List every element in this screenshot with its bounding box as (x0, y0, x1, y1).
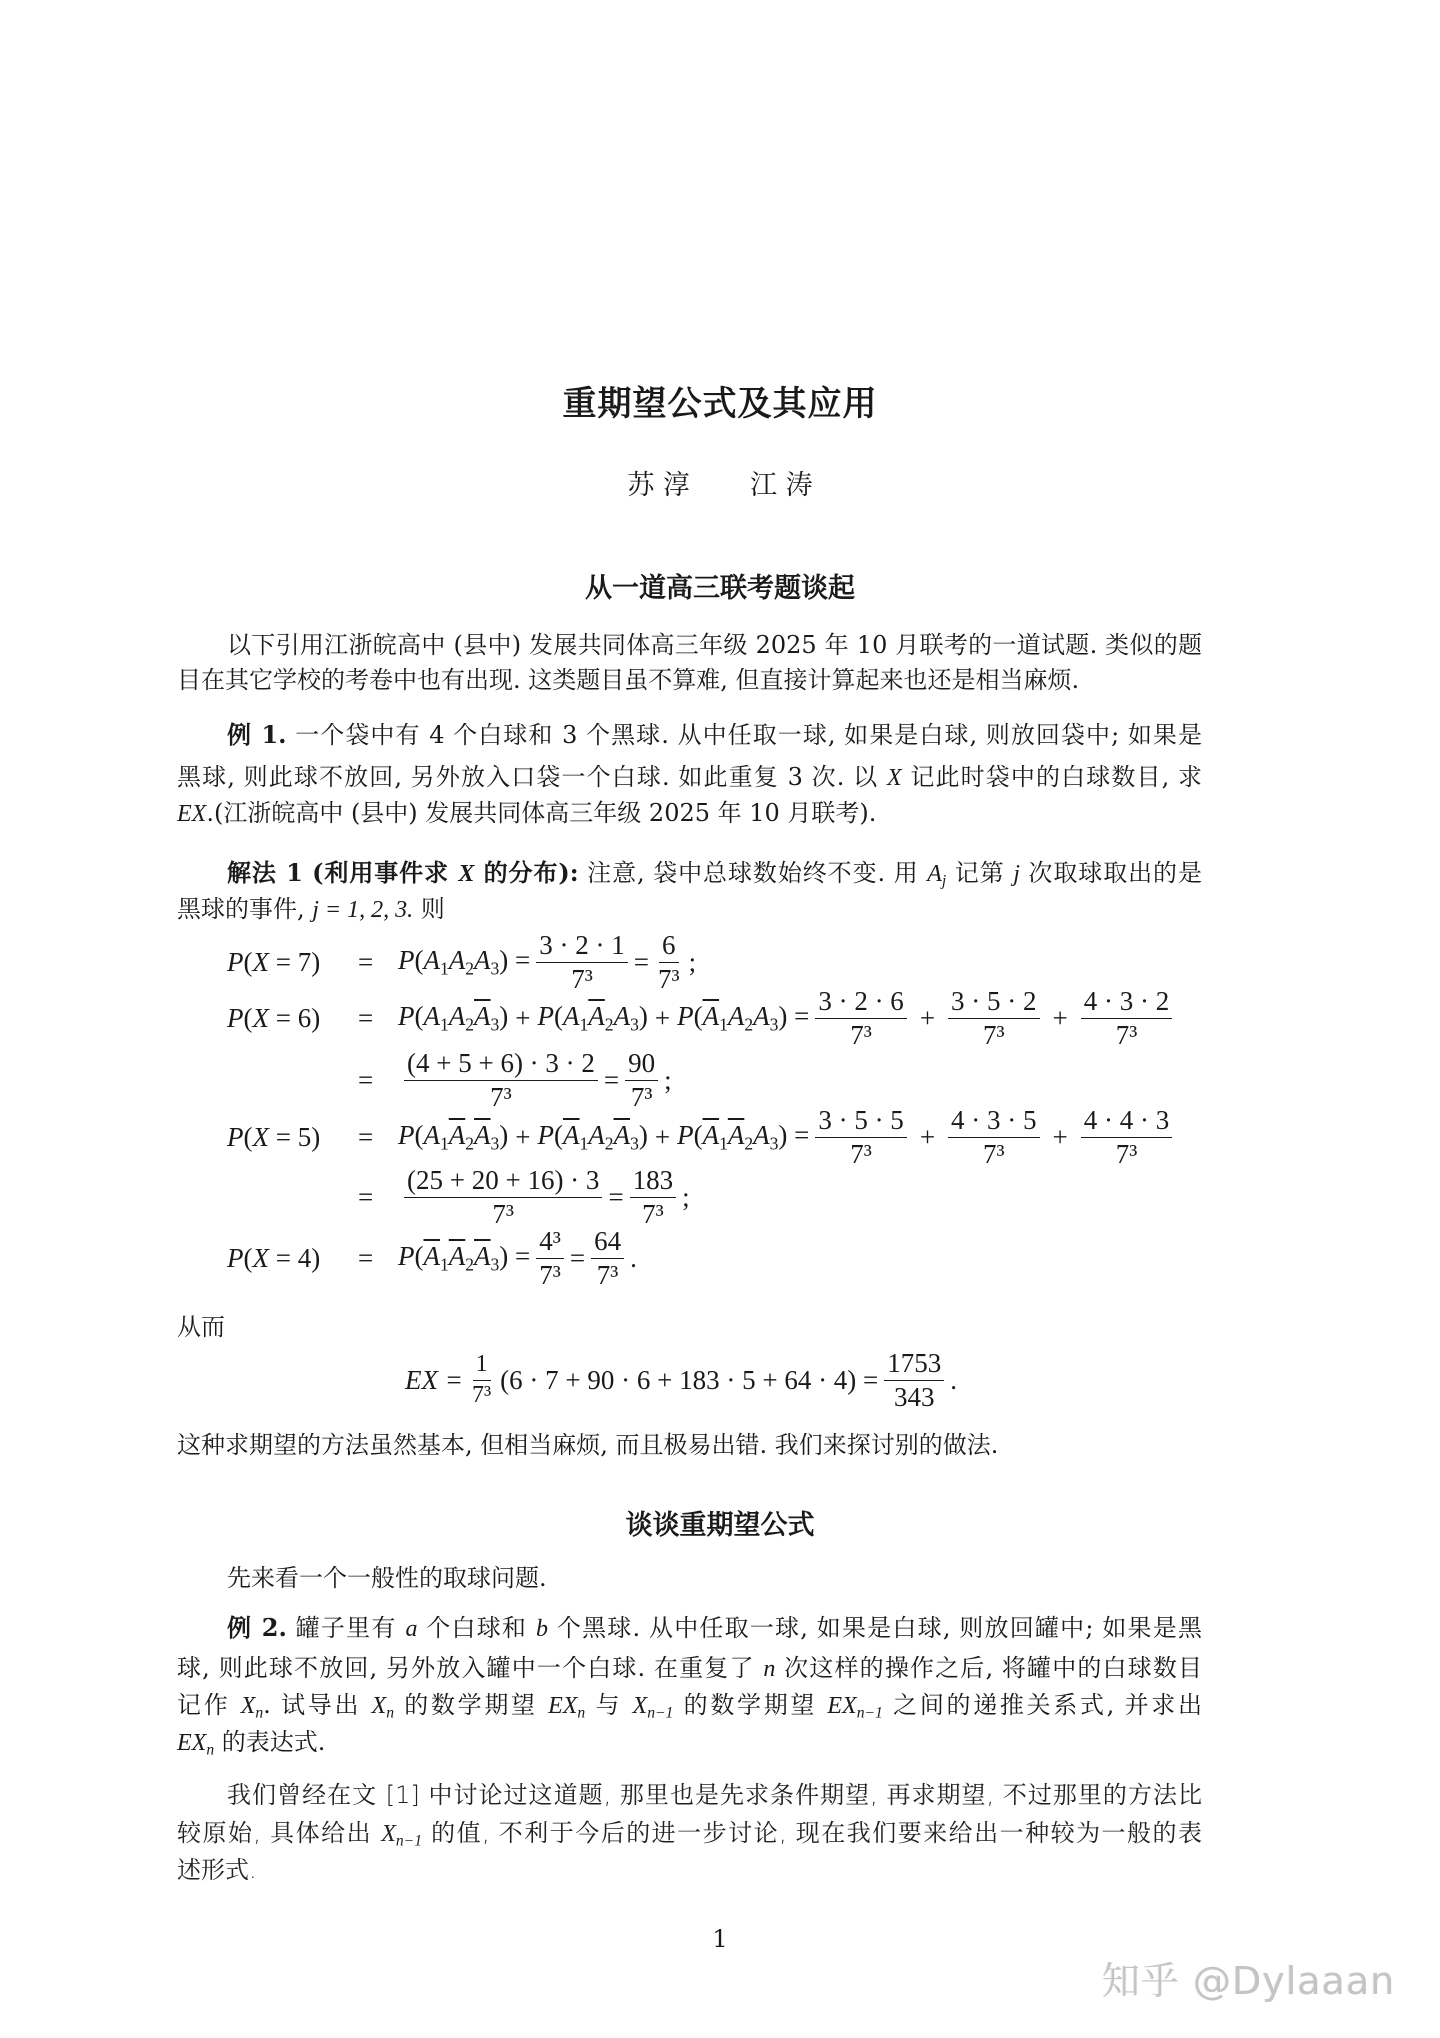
fraction: 1837³ (630, 1166, 677, 1228)
watermark: 知乎 @Dylaaan (1102, 1950, 1395, 2005)
example-1-line-3: EX.(江浙皖高中 (县中) 发展共同体高三年级 2025 年 10 月联考). (177, 798, 876, 828)
intro-line-1: 以下引用江浙皖高中 (县中) 发展共同体高三年级 2025 年 10 月联考的一… (227, 630, 1202, 660)
fraction: 647³ (591, 1227, 624, 1289)
example-1-label: 例 1. (227, 720, 287, 749)
equation-row-p6: P(X = 6) = P(A1A2A3)+ P(A1A2A3)+ P(A1A2A… (0, 988, 1440, 1048)
authors: 苏 淳江 涛 (0, 463, 1440, 502)
paper-title: 重期望公式及其应用 (0, 376, 1440, 425)
fraction: 1753343 (884, 1349, 944, 1411)
equation-row-p5-cont: = (25 + 20 + 16) · 37³ = 1837³; (0, 1167, 1440, 1227)
page-number: 1 (0, 1925, 1440, 1953)
example-1-line-1: 例 1. 一个袋中有 4 个白球和 3 个黑球. 从中任取一球, 如果是白球, … (227, 720, 1202, 750)
conclusion-line: 这种求期望的方法虽然基本, 但相当麻烦, 而且极易出错. 我们来探讨别的做法. (177, 1430, 998, 1460)
equation-row-p6-cont: = (4 + 5 + 6) · 3 · 27³ = 907³; (0, 1050, 1440, 1110)
equation-row-p5: P(X = 5) = P(A1A2A3)+ P(A1A2A3)+ P(A1A2A… (0, 1107, 1440, 1167)
fraction: 3 · 2 · 67³ (815, 987, 906, 1049)
solution-1-line-1: 解法 1 (利用事件求 X 的分布): 注意, 袋中总球数始终不变. 用 Aj … (227, 858, 1202, 888)
fraction: 4 · 4 · 37³ (1081, 1106, 1172, 1168)
solution-1-label: 解法 1 (利用事件求 X 的分布): (227, 858, 579, 887)
example-2-label: 例 2. (227, 1613, 287, 1642)
remark-line-3: 述形式. (177, 1855, 257, 1885)
eq-lhs: P(X = 7) (227, 947, 320, 978)
intro-line-2: 目在其它学校的考卷中也有出现. 这类题目虽不算难, 但直接计算起来也还是相当麻烦… (177, 665, 1079, 695)
thus-text: 从而 (177, 1312, 225, 1342)
example-2-line-4: EXn 的表达式. (177, 1727, 325, 1757)
author-1: 苏 淳 (627, 463, 690, 502)
example-1-line-2: 黑球, 则此球不放回, 另外放入口袋一个白球. 如此重复 3 次. 以 X 记此… (177, 762, 1202, 792)
fraction: 907³ (625, 1049, 658, 1111)
example-2-line-1: 例 2. 罐子里有 a 个白球和 b 个黑球. 从中任取一球, 如果是白球, 则… (227, 1613, 1202, 1643)
fraction: 4 · 3 · 27³ (1081, 987, 1172, 1049)
fraction: 4³7³ (536, 1227, 564, 1289)
section-heading-2: 谈谈重期望公式 (0, 1503, 1440, 1542)
remark-line-2: 较原始, 具体给出 Xn−1 的值, 不利于今后的进一步讨论, 现在我们要来给出… (177, 1818, 1202, 1848)
fraction: (25 + 20 + 16) · 37³ (404, 1166, 602, 1228)
remark-line-1: 我们曾经在文 [1] 中讨论过这道题, 那里也是先求条件期望, 再求期望, 不过… (227, 1780, 1202, 1810)
example-2-line-3: 记作 Xn. 试导出 Xn 的数学期望 EXn 与 Xn−1 的数学期望 EXn… (177, 1690, 1202, 1720)
author-2: 江 涛 (750, 463, 813, 502)
ex-formula: EX = 17³ (6 · 7 + 90 · 6 + 183 · 5 + 64 … (405, 1350, 957, 1410)
section-2-intro: 先来看一个一般性的取球问题. (227, 1563, 547, 1593)
fraction: 17³ (469, 1352, 494, 1407)
example-2-line-2: 球, 则此球不放回, 另外放入罐中一个白球. 在重复了 n 次这样的操作之后, … (177, 1653, 1202, 1683)
solution-1-line-2: 黑球的事件, j = 1, 2, 3. 则 (177, 894, 445, 924)
fraction: 67³ (655, 931, 683, 993)
fraction: 3 · 5 · 57³ (815, 1106, 906, 1168)
fraction: 3 · 2 · 17³ (536, 931, 627, 993)
section-heading-1: 从一道高三联考题谈起 (0, 566, 1440, 605)
fraction: 3 · 5 · 27³ (948, 987, 1039, 1049)
fraction: (4 + 5 + 6) · 3 · 27³ (404, 1049, 598, 1111)
equation-row-p7: P(X = 7) = P(A1A2A3) = 3 · 2 · 17³ = 67³… (0, 932, 1440, 992)
equation-row-p4: P(X = 4) = P(A1A2A3) = 4³7³ = 647³. (0, 1228, 1440, 1288)
fraction: 4 · 3 · 57³ (948, 1106, 1039, 1168)
